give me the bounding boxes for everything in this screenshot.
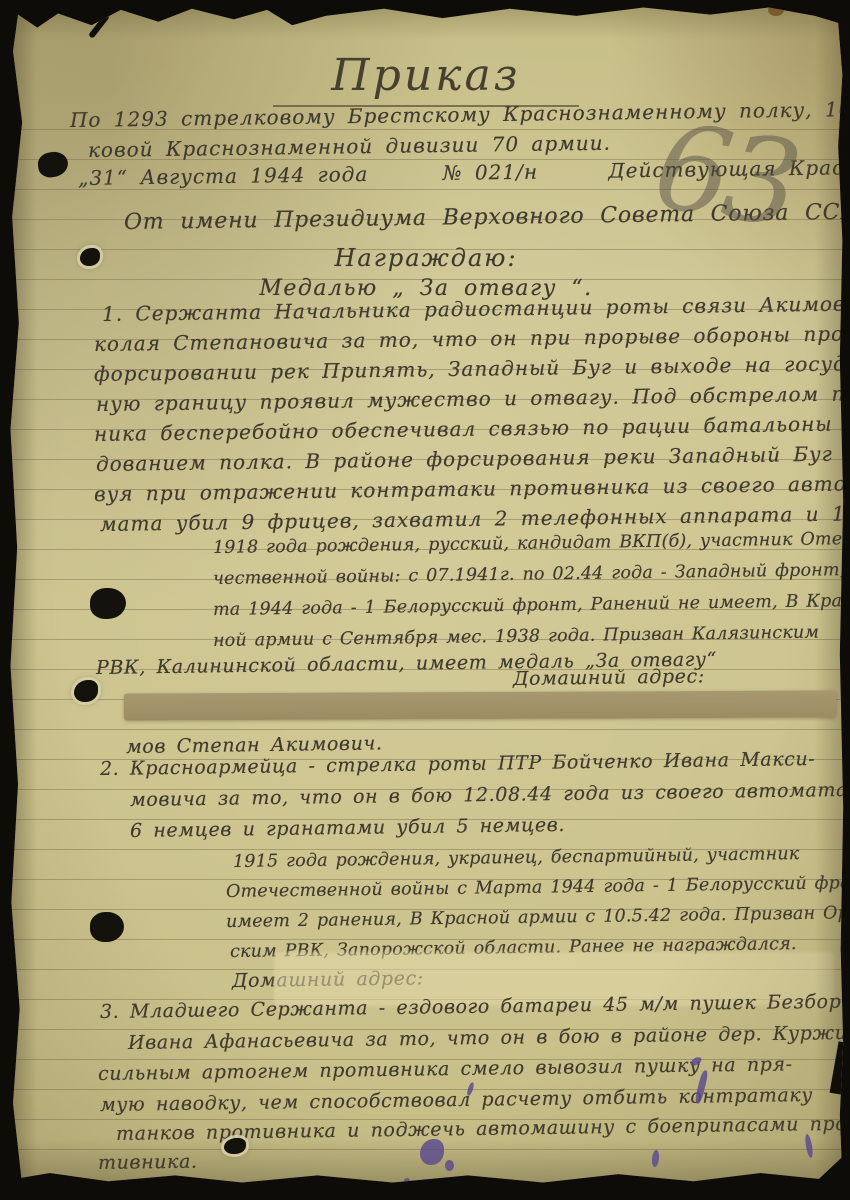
entry1-bio-line: та 1944 года - 1 Белорусский фронт, Ране… [213, 591, 850, 620]
entry2-line: мовича за то, что он в бою 12.08.44 года… [130, 778, 850, 811]
hole-punch [36, 150, 69, 179]
ink-stain [420, 1139, 444, 1165]
entry1-line: ника бесперебойно обеспечивал связью по … [94, 410, 850, 446]
hole-punch [90, 912, 124, 942]
entry3-line: танков противника и поджечь автомашину с… [116, 1113, 850, 1145]
edge-mark [830, 1041, 850, 1094]
entry1-bio-line: ной армии с Сентября мес. 1938 года. При… [213, 623, 819, 651]
header-line: ковой Краснознаменной дивизии 70 армии. [88, 131, 611, 162]
entry3-line: тивника. [98, 1151, 198, 1174]
army-designation: Действующая Красная Армия [608, 153, 850, 182]
entry1-line: вуя при отражении контратаки противника … [94, 471, 850, 506]
order-number: № 021/н [443, 160, 539, 185]
edge-mark [88, 13, 110, 39]
paper: Приказ По 1293 стрелковому Брестскому Кр… [8, 4, 844, 1186]
preamble-line: От имени Президиума Верховного Совета Со… [124, 200, 850, 235]
paper-stain [768, 4, 784, 16]
ink-stain [445, 1160, 454, 1171]
ink-stain [804, 1134, 814, 1159]
entry1-bio-line: 1918 года рождения, русский, кандидат ВК… [213, 529, 849, 558]
entry3-line: 3. Младшего Сержанта - ездового батареи … [100, 990, 850, 1023]
ink-stain [651, 1150, 660, 1168]
entry1-line: дованием полка. В районе форсирования ре… [96, 440, 850, 476]
entry2-bio-line: 1915 года рождения, украинец, беспартийн… [233, 844, 800, 872]
torn-hole [74, 680, 98, 702]
order-title: Приказ [273, 50, 578, 107]
entry3-line: мую наводку, чем способствовал расчету о… [100, 1084, 813, 1116]
entry1-line: форсировании рек Припять, Западный Буг и… [94, 350, 850, 386]
redaction-bar [124, 690, 836, 720]
entry2-bio-line: Отечественной войны с Марта 1944 года - … [226, 873, 850, 902]
decree-line: Награждаю: [8, 244, 844, 272]
entry1-bio-line: чественной войны: с 07.1941г. по 02.44 г… [213, 559, 850, 589]
order-date: „31“ Августа 1944 года [78, 162, 369, 190]
entry1-address-label: Домашний адрес: [513, 665, 705, 690]
entry1-line: ную границу проявил мужество и отвагу. П… [96, 380, 850, 416]
torn-hole [224, 1138, 246, 1154]
entry2-line: 6 немцев и гранатами убил 5 немцев. [130, 814, 565, 842]
entry1-line: колая Степановича за то, что он при прор… [94, 320, 850, 356]
entry2-bio-line: имеет 2 ранения, В Красной армии с 10.5.… [226, 903, 850, 932]
entry3-line: сильным артогнем противника смело вывози… [98, 1053, 793, 1085]
ink-stain [404, 1178, 410, 1184]
entry3-line: Ивана Афанасьевича за то, что он в бою в… [128, 1021, 850, 1054]
hole-punch [90, 588, 126, 619]
